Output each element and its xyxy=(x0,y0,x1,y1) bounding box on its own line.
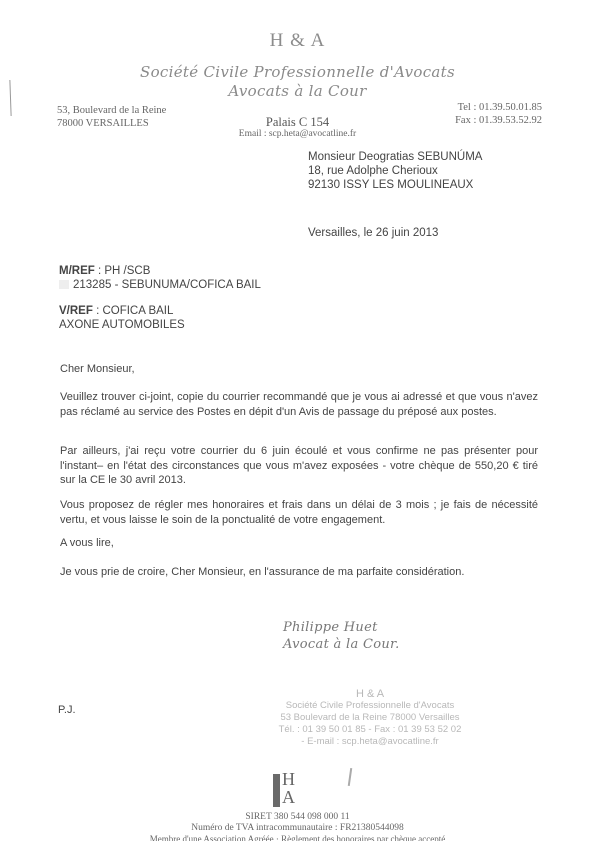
salutation: Cher Monsieur, xyxy=(60,362,135,377)
signature-title: Avocat à la Cour. xyxy=(283,637,400,652)
footer-siret: SIRET 380 544 098 000 11 xyxy=(0,812,595,822)
stamp-firm-name: H & A xyxy=(260,688,480,700)
footer-association: Membre d'une Association Agréée · Règlem… xyxy=(0,834,595,841)
recipient-city: 92130 ISSY LES MOULINEAUX xyxy=(308,178,482,192)
recipient-street: 18, rue Adolphe Cherioux xyxy=(308,164,482,178)
mref-file: 213285 - SEBUNUMA/COFICA BAIL xyxy=(73,279,261,291)
redacted-mark xyxy=(59,280,69,289)
mref-line: M/REF : PH /SCB xyxy=(59,264,261,278)
firm-name: H & A xyxy=(0,30,595,52)
pen-stroke-mark xyxy=(348,768,352,786)
stamp-subtitle: Société Civile Professionnelle d'Avocats xyxy=(260,700,480,712)
vref-value: : COFICA BAIL xyxy=(93,305,174,317)
paragraph-2: Par ailleurs, j'ai reçu votre courrier d… xyxy=(60,444,538,488)
letter-date: Versailles, le 26 juin 2013 xyxy=(308,226,438,241)
vref-line-2: AXONE AUTOMOBILES xyxy=(59,318,261,332)
closing-formal: Je vous prie de croire, Cher Monsieur, e… xyxy=(60,565,464,580)
paragraph-1: Veuillez trouver ci-joint, copie du cour… xyxy=(60,390,538,419)
stamp-address: 53 Boulevard de la Reine 78000 Versaille… xyxy=(260,712,480,724)
mref-value: : PH /SCB xyxy=(95,265,151,277)
recipient-address: Monsieur Deogratias SEBUNÚMA 18, rue Ado… xyxy=(308,150,482,192)
firm-logo: H A xyxy=(273,772,313,808)
firm-subtitle: Société Civile Professionnelle d'Avocats xyxy=(0,63,595,81)
firm-stamp: H & A Société Civile Professionnelle d'A… xyxy=(260,688,480,748)
footer-tva: Numéro de TVA intracommunautaire : FR213… xyxy=(0,823,595,833)
mref-file-line: 213285 - SEBUNUMA/COFICA BAIL xyxy=(59,278,261,292)
firm-subtitle-court: Avocats à la Cour xyxy=(0,82,595,100)
paragraph-3: Vous proposez de régler mes honoraires e… xyxy=(60,498,538,527)
logo-bar xyxy=(273,774,280,807)
logo-letter-a: A xyxy=(282,787,295,808)
firm-fax: Fax : 01.39.53.52.92 xyxy=(455,114,542,127)
stamp-email: - E-mail : scp.heta@avocatline.fr xyxy=(260,736,480,748)
vref-label: V/REF xyxy=(59,305,93,317)
firm-contact: Tel : 01.39.50.01.85 Fax : 01.39.53.52.9… xyxy=(455,101,542,127)
closing-short: A vous lire, xyxy=(60,536,114,551)
references: M/REF : PH /SCB 213285 - SEBUNUMA/COFICA… xyxy=(59,264,261,332)
attachments-label: P.J. xyxy=(58,703,76,718)
stamp-phone: Tél. : 01 39 50 01 85 - Fax : 01 39 53 5… xyxy=(260,724,480,736)
firm-email: Email : scp.heta@avocatline.fr xyxy=(0,128,595,141)
mref-label: M/REF xyxy=(59,265,95,277)
vref-line: V/REF : COFICA BAIL xyxy=(59,304,261,318)
recipient-name: Monsieur Deogratias SEBUNÚMA xyxy=(308,150,482,164)
firm-tel: Tel : 01.39.50.01.85 xyxy=(455,101,542,114)
signature-name: Philippe Huet xyxy=(283,620,378,635)
